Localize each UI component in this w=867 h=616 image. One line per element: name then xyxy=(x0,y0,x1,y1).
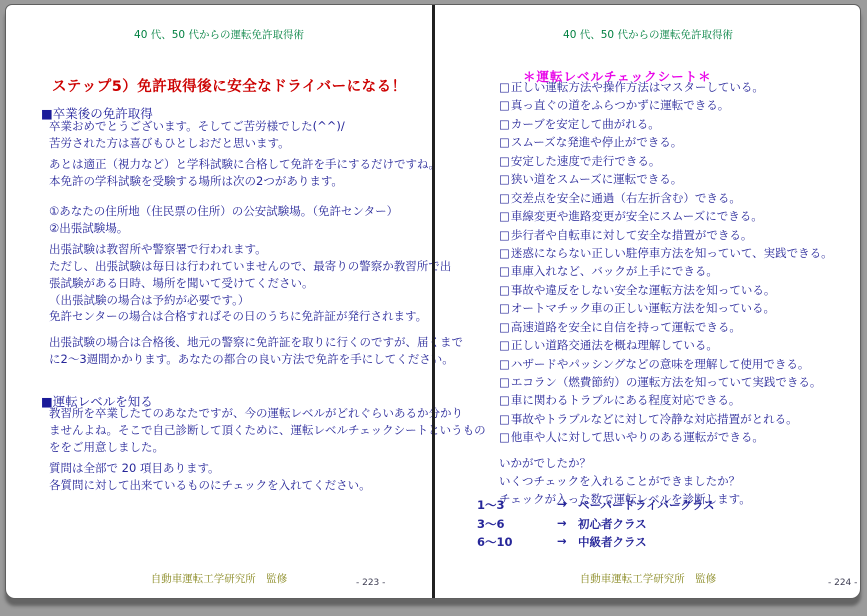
arrow-icon: → xyxy=(557,516,567,530)
checklist-item-label: 事故やトラブルなどに対して冷静な対応措置がとれる。 xyxy=(511,412,798,426)
checkbox-icon: □ xyxy=(499,338,510,352)
page-number: - 223 - xyxy=(356,578,385,588)
text-line: 質問は全部で 20 項目あります。 xyxy=(49,460,371,477)
checklist-item-label: 正しい運転方法や操作方法はマスターしている。 xyxy=(511,80,764,94)
paragraph: ①あなたの住所地（住民票の住所）の公安試験場。（免許センター） ②出張試験場。 xyxy=(49,203,398,237)
checklist-item-label: 車線変更や進路変更が安全にスムーズにできる。 xyxy=(511,209,763,223)
checklist-item-label: スムーズな発進や停止ができる。 xyxy=(511,135,682,149)
checklist-item: □車に関わるトラブルにある程度対応できる。 xyxy=(499,391,833,409)
checkbox-icon: □ xyxy=(499,246,510,260)
checkbox-icon: □ xyxy=(499,301,510,315)
text-line: ①あなたの住所地（住民票の住所）の公安試験場。（免許センター） xyxy=(49,203,398,220)
checkbox-icon: □ xyxy=(499,375,510,389)
text-line: ②出張試験場。 xyxy=(49,220,398,237)
checklist-item-label: カーブを安定して曲がれる。 xyxy=(511,117,660,131)
arrow-icon: → xyxy=(557,497,567,511)
paragraph: 免許センターの場合は合格すればその日のうちに免許証が発行されます。 xyxy=(49,308,427,325)
text-line: 免許センターの場合は合格すればその日のうちに免許証が発行されます。 xyxy=(49,308,427,325)
step-title: ステップ5）免許取得後に安全なドライバーになる！ xyxy=(52,75,407,96)
checklist-item: □スムーズな発進や停止ができる。 xyxy=(499,133,833,151)
checkbox-icon: □ xyxy=(499,172,510,186)
paragraph: 教習所を卒業したてのあなたですが、今の運転レベルがどれぐらいあるか分かり ません… xyxy=(49,405,486,456)
paragraph: 質問は全部で 20 項目あります。 各質問に対して出来ているものにチェックを入れ… xyxy=(49,460,371,494)
text-line: ませんよね。そこで自己診断して頂くために、運転レベルチェックシートというもの xyxy=(49,422,486,439)
text-line: 苦労された方は喜びもひとしおだと思います。 xyxy=(49,135,345,152)
class-label: 中級者クラス xyxy=(578,534,647,550)
checklist-item-label: 車庫入れなど、バックが上手にできる。 xyxy=(511,264,718,278)
text-line: 張試験がある日時、場所を聞いて受けてください。 xyxy=(49,275,451,292)
checklist-item-label: 車に関わるトラブルにある程度対応できる。 xyxy=(511,393,741,407)
checklist-item-label: エコラン（燃費節約）の運転方法を知っていて実践できる。 xyxy=(511,375,822,389)
checklist-item: □迷惑にならない正しい駐停車方法を知っていて、実践できる。 xyxy=(499,244,833,262)
driving-level-checklist: □正しい運転方法や操作方法はマスターしている。 □真っ直ぐの道をふらつかずに運転… xyxy=(499,78,833,447)
checklist-item-label: オートマチック車の正しい運転方法を知っている。 xyxy=(511,301,775,315)
checkbox-icon: □ xyxy=(499,154,510,168)
checkbox-icon: □ xyxy=(499,135,510,149)
checklist-item: □他車や人に対して思いやりのある運転ができる。 xyxy=(499,428,833,446)
score-range: 6～10 xyxy=(477,534,513,550)
paragraph: あとは適正（視力など）と学科試験に合格して免許を手にするだけですね。 本免許の学… xyxy=(49,156,440,190)
checkbox-icon: □ xyxy=(499,283,510,297)
checklist-item-label: 狭い道をスムーズに運転できる。 xyxy=(511,172,682,186)
checklist-item-label: 歩行者や自転車に対して安全な措置ができる。 xyxy=(511,228,753,242)
checklist-item-label: 高速道路を安全に自信を持って運転できる。 xyxy=(511,320,741,334)
checkbox-icon: □ xyxy=(499,393,510,407)
text-line: 本免許の学科試験を受験する場所は次の2つがあります。 xyxy=(49,173,440,190)
checklist-item-label: 交差点を安全に通過（右左折含む）できる。 xyxy=(511,191,741,205)
checklist-item: □事故やトラブルなどに対して冷静な対応措置がとれる。 xyxy=(499,410,833,428)
checklist-item: □交差点を安全に通過（右左折含む）できる。 xyxy=(499,189,833,207)
arrow-icon: → xyxy=(557,534,567,548)
checkbox-icon: □ xyxy=(499,209,510,223)
running-header: 40 代、50 代からの運転免許取得術 xyxy=(6,27,432,42)
checklist-item: □ハザードやパッシングなどの意味を理解して使用できる。 xyxy=(499,355,833,373)
text-line: いかがでしたか？ xyxy=(499,454,751,472)
checklist-item: □エコラン（燃費節約）の運転方法を知っていて実践できる。 xyxy=(499,373,833,391)
checklist-item: □車庫入れなど、バックが上手にできる。 xyxy=(499,262,833,280)
score-range: 3～6 xyxy=(477,516,505,532)
text-line: 卒業おめでとうございます。そしてご苦労様でした(^^)/ xyxy=(49,118,345,135)
checkbox-icon: □ xyxy=(499,98,510,112)
level-class-row: 6～10 → 中級者クラス xyxy=(435,534,861,553)
checkbox-icon: □ xyxy=(499,357,510,371)
checkbox-icon: □ xyxy=(499,430,510,444)
text-line: 教習所を卒業したてのあなたですが、今の運転レベルがどれぐらいあるか分かり xyxy=(49,405,486,422)
checklist-item: □事故や違反をしない安全な運転方法を知っている。 xyxy=(499,281,833,299)
class-label: 初心者クラス xyxy=(578,516,647,532)
page-number: - 224 - xyxy=(828,578,857,588)
checkbox-icon: □ xyxy=(499,320,510,334)
checklist-item: □カーブを安定して曲がれる。 xyxy=(499,115,833,133)
text-line: （出張試験の場合は予約が必要です。） xyxy=(49,292,451,309)
checklist-item: □歩行者や自転車に対して安全な措置ができる。 xyxy=(499,226,833,244)
checklist-item: □正しい運転方法や操作方法はマスターしている。 xyxy=(499,78,833,96)
checklist-item-label: 他車や人に対して思いやりのある運転ができる。 xyxy=(511,430,764,444)
checklist-item: □狭い道をスムーズに運転できる。 xyxy=(499,170,833,188)
checklist-item-label: 事故や違反をしない安全な運転方法を知っている。 xyxy=(511,283,776,297)
level-class-table: 1～3 → ペーパードライバークラス 3～6 → 初心者クラス 6～10 → 中… xyxy=(435,497,861,553)
level-class-row: 1～3 → ペーパードライバークラス xyxy=(435,497,861,516)
checkbox-icon: □ xyxy=(499,117,510,131)
page-left: 40 代、50 代からの運転免許取得術 ステップ5）免許取得後に安全なドライバー… xyxy=(6,5,432,598)
text-line: ただし、出張試験は毎日は行われていませんので、最寄りの警察か教習所で出 xyxy=(49,258,451,275)
checklist-item-label: 真っ直ぐの道をふらつかずに運転できる。 xyxy=(511,98,729,112)
checkbox-icon: □ xyxy=(499,264,510,278)
text-line: ををご用意しました。 xyxy=(49,439,486,456)
level-class-row: 3～6 → 初心者クラス xyxy=(435,516,861,535)
text-line: 各質問に対して出来ているものにチェックを入れてください。 xyxy=(49,477,371,494)
checklist-item-label: ハザードやパッシングなどの意味を理解して使用できる。 xyxy=(511,357,809,371)
checklist-item: □車線変更や進路変更が安全にスムーズにできる。 xyxy=(499,207,833,225)
checkbox-icon: □ xyxy=(499,412,510,426)
footer-credit: 自動車運転工学研究所 監修 xyxy=(435,571,861,586)
page-spread: 40 代、50 代からの運転免許取得術 ステップ5）免許取得後に安全なドライバー… xyxy=(5,4,861,599)
running-header: 40 代、50 代からの運転免許取得術 xyxy=(435,27,861,42)
paragraph: 出張試験は教習所や警察署で行われます。 ただし、出張試験は毎日は行われていません… xyxy=(49,241,451,309)
paragraph: 出張試験の場合は合格後、地元の警察に免許証を取りに行くのですが、届くまで に2～… xyxy=(49,334,463,368)
text-line: いくつチェックを入れることができましたか？ xyxy=(499,472,751,490)
checklist-item-label: 安定した速度で走行できる。 xyxy=(511,154,661,168)
checkbox-icon: □ xyxy=(499,228,510,242)
checklist-item: □高速道路を安全に自信を持って運転できる。 xyxy=(499,318,833,336)
checklist-item: □真っ直ぐの道をふらつかずに運転できる。 xyxy=(499,96,833,114)
checklist-item-label: 正しい道路交通法を概ね理解している。 xyxy=(511,338,718,352)
class-label: ペーパードライバークラス xyxy=(578,497,715,513)
score-range: 1～3 xyxy=(477,497,505,513)
page-right: 40 代、50 代からの運転免許取得術 ＊運転レベルチェックシート＊ □正しい運… xyxy=(435,5,861,598)
text-line: あとは適正（視力など）と学科試験に合格して免許を手にするだけですね。 xyxy=(49,156,440,173)
checklist-item: □安定した速度で走行できる。 xyxy=(499,152,833,170)
text-line: 出張試験の場合は合格後、地元の警察に免許証を取りに行くのですが、届くまで xyxy=(49,334,463,351)
text-line: 出張試験は教習所や警察署で行われます。 xyxy=(49,241,451,258)
checklist-item-label: 迷惑にならない正しい駐停車方法を知っていて、実践できる。 xyxy=(511,246,833,260)
checkbox-icon: □ xyxy=(499,80,510,94)
checklist-item: □オートマチック車の正しい運転方法を知っている。 xyxy=(499,299,833,317)
paragraph: 卒業おめでとうございます。そしてご苦労様でした(^^)/ 苦労された方は喜びもひ… xyxy=(49,118,345,152)
text-line: に2～3週間かかります。あなたの都合の良い方法で免許を手にしてください。 xyxy=(49,351,463,368)
checkbox-icon: □ xyxy=(499,191,510,205)
checklist-item: □正しい道路交通法を概ね理解している。 xyxy=(499,336,833,354)
